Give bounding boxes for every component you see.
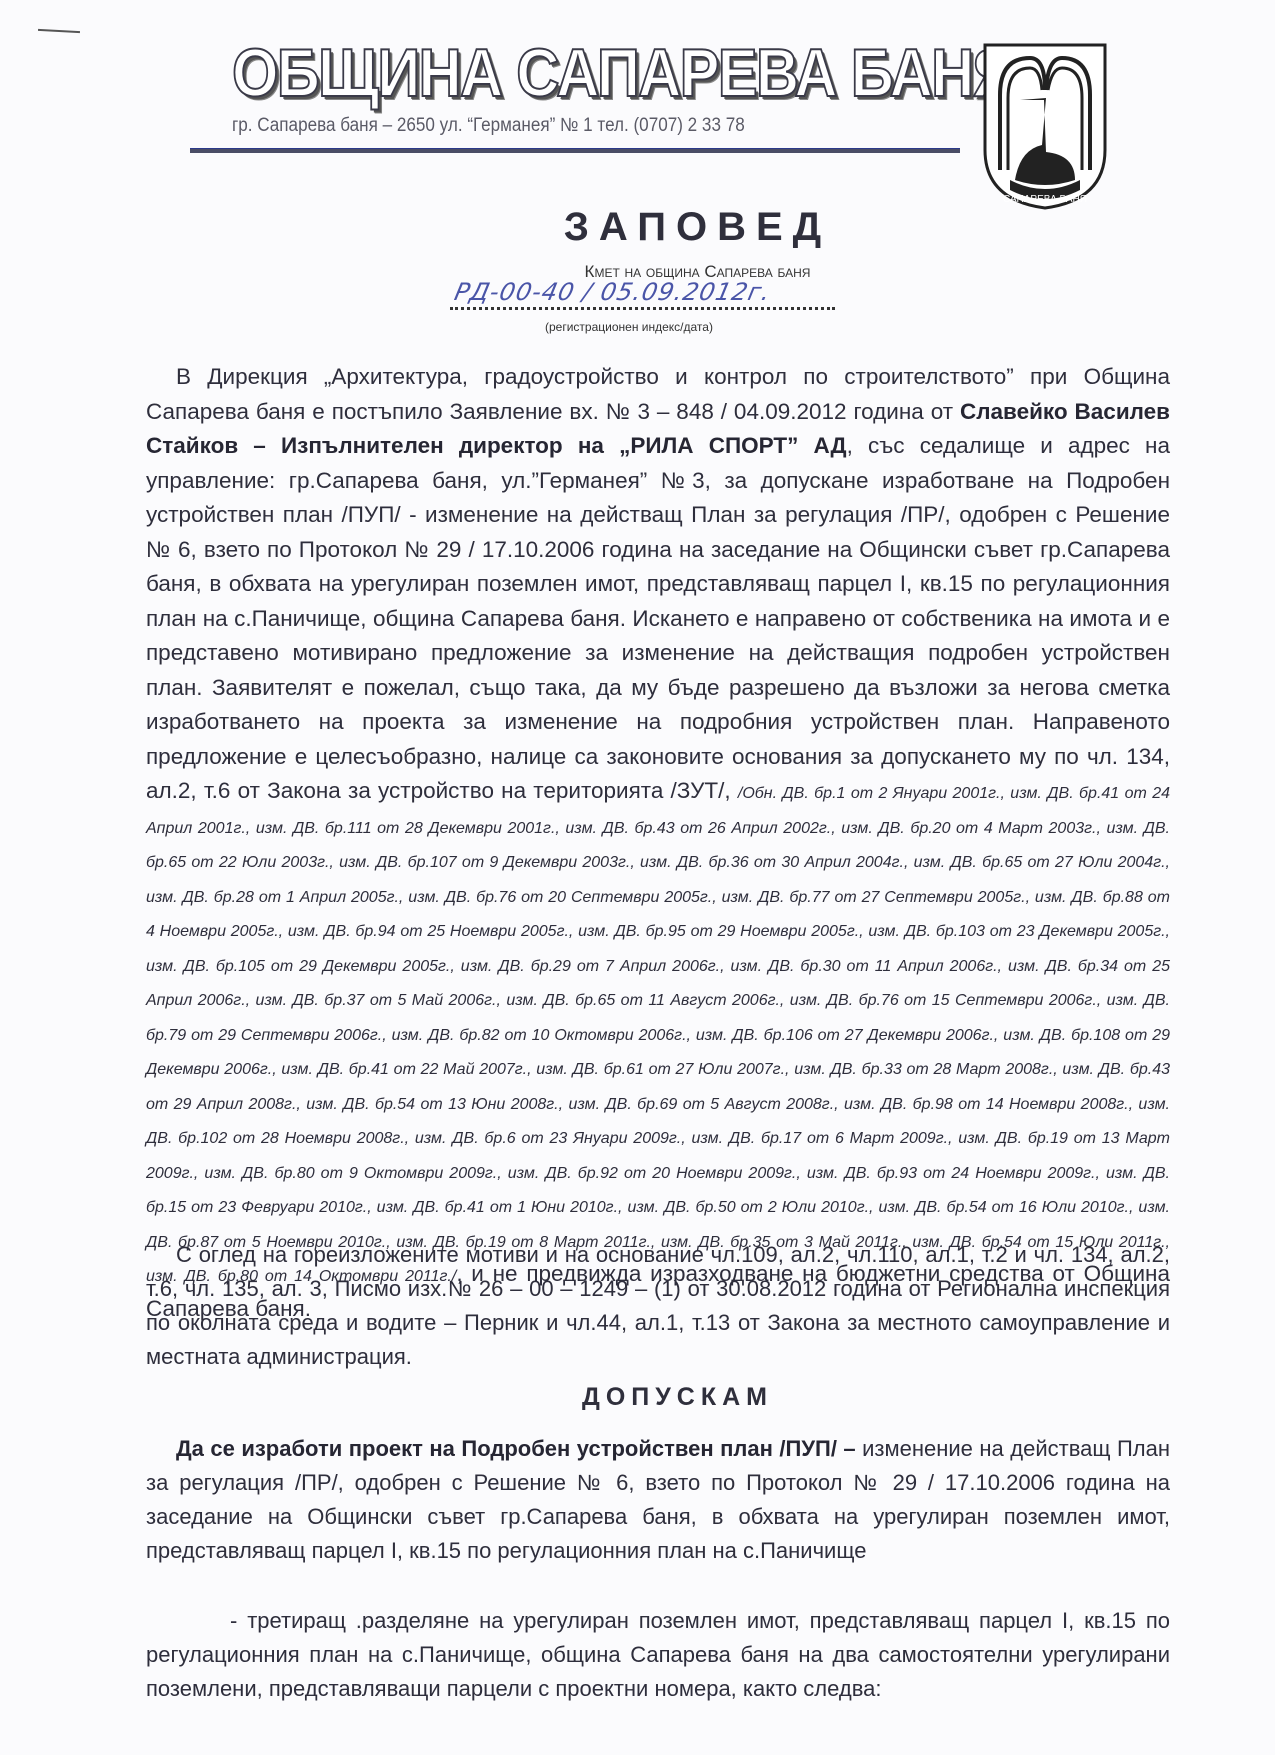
organization-address: гр. Сапарева баня – 2650 ул. “Германея” …	[232, 115, 745, 137]
registration-index: РД-00-40 / 05.09.2012г.	[452, 278, 774, 306]
paragraph-application: В Дирекция „Архитектура, градоустройство…	[146, 360, 1170, 1326]
scan-mark	[38, 29, 80, 33]
decision-item-text: - третиращ .разделяне на урегулиран позе…	[146, 1608, 1170, 1701]
decision-lead: Да се изработи проект на Подробен устрой…	[176, 1436, 856, 1461]
grounds-text: С оглед на гореизложените мотиви и на ос…	[146, 1242, 1170, 1369]
legal-references: /Обн. ДВ. бр.1 от 2 Януари 2001г., изм. …	[146, 785, 1170, 1285]
registration-caption: (регистрационен индекс/дата)	[545, 320, 713, 334]
svg-text:САПАРЕВА БАНЯ: САПАРЕВА БАНЯ	[1003, 194, 1087, 205]
decision-heading: ДОПУСКАМ	[0, 1383, 1275, 1412]
paragraph-decision: Да се изработи проект на Подробен устрой…	[146, 1432, 1170, 1568]
paragraph-grounds: С оглед на гореизложените мотиви и на ос…	[146, 1238, 1170, 1374]
document-title: ЗАПОВЕД	[0, 205, 1275, 250]
header-divider	[190, 148, 960, 153]
municipal-crest-icon: САПАРЕВА БАНЯ	[980, 40, 1110, 210]
organization-name: ОБЩИНА САПАРЕВА БАНЯ	[232, 34, 874, 112]
paragraph-body: , със седалище и адрес на управление: гр…	[146, 433, 1170, 803]
decision-item: - третиращ .разделяне на урегулиран позе…	[146, 1604, 1170, 1706]
